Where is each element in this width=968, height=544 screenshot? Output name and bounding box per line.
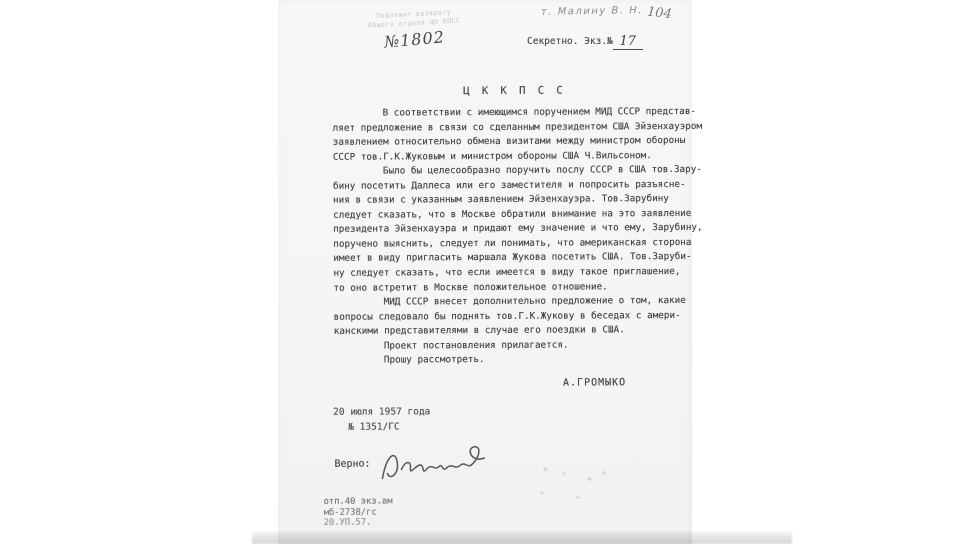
- typed-date-note: 20.УП.57.: [324, 518, 393, 529]
- typed-signature: А.ГРОМЫКО: [563, 377, 626, 388]
- file-reference: мб-2738/гс: [324, 507, 393, 518]
- handwritten-signature: [374, 438, 489, 497]
- pencil-smudge: [541, 492, 544, 494]
- letter-reference-number: № 1351/ГС: [348, 421, 400, 432]
- typist-footer: отп.40 экз.ам мб-2738/гс 20.УП.57.: [324, 496, 393, 528]
- recipient-heading: Ц К К П С С: [332, 84, 696, 98]
- handwritten-addressee: т. Малину В. Н.: [541, 5, 643, 18]
- pencil-smudge: [602, 471, 605, 474]
- pencil-smudge: [562, 473, 565, 475]
- body-line: заявлением относительно обмена визитами …: [333, 134, 705, 150]
- body-line: В соответствии с имеющимся поручением МИ…: [333, 105, 705, 121]
- body-line: Было бы целесообразно поручить послу ССС…: [333, 163, 705, 179]
- photo-bottom-edge: [252, 532, 792, 544]
- letter-body: В соответствии с имеющимся поручением МИ…: [333, 105, 706, 369]
- archive-page-number: 104: [646, 5, 672, 23]
- certified-label: Верно:: [334, 459, 370, 470]
- body-line: Прошу рассмотреть.: [334, 352, 706, 368]
- handwritten-copy-number: 17: [613, 34, 643, 50]
- document-photo: Подлежит возврату Общего отдела ЦК КПСС …: [0, 0, 968, 544]
- secrecy-line: Секретно. Экз.№17: [527, 33, 643, 49]
- pencil-smudge: [543, 468, 547, 471]
- body-line: вопросы следовало бы поднять тов.Г.К.Жук…: [334, 309, 706, 325]
- copies-note: отп.40 экз.ам: [324, 496, 393, 507]
- body-line: МИД СССР внесет дополнительно предложени…: [334, 294, 706, 310]
- pencil-smudge: [576, 497, 580, 499]
- letter-date: 20 июля 1957 года: [333, 406, 430, 418]
- secrecy-label: Секретно. Экз.№: [527, 36, 613, 47]
- body-line: ну следует сказать, что если имеется в в…: [333, 265, 705, 281]
